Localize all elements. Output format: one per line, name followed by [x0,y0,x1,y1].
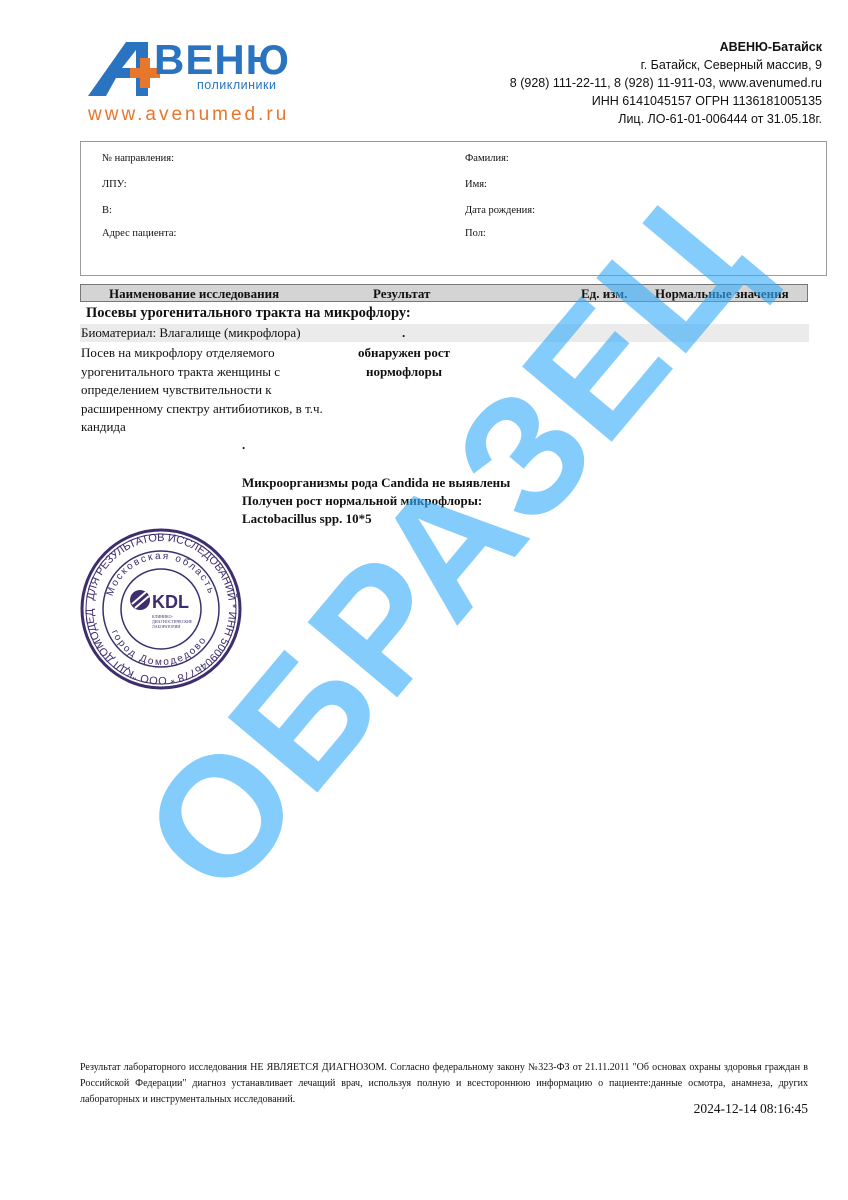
patient-address-label: Адрес пациента: [102,228,176,239]
report-timestamp: 2024-12-14 08:16:45 [694,1101,808,1117]
organization-license: Лиц. ЛО-61-01-006444 от 31.05.18г. [510,110,822,128]
organization-contacts: 8 (928) 111-22-11, 8 (928) 11-911-03, ww… [510,74,822,92]
biomaterial-row: Биоматериал: Влагалище (микрофлора) . [80,324,809,342]
first-name-label: Имя: [465,179,487,190]
organization-info: АВЕНЮ-Батайск г. Батайск, Северный масси… [510,38,822,128]
svg-text:Московская область: Московская область [105,551,217,598]
birth-date-label: Дата рождения: [465,205,535,216]
referral-number-label: № направления: [102,153,174,164]
surname-label: Фамилия: [465,153,509,164]
sex-label: Пол: [465,228,486,239]
logo-url[interactable]: www.avenumed.ru [88,104,289,126]
column-test-name: Наименование исследования [109,286,279,302]
result-comments: Микроорганизмы рода Candida не выявлены … [242,474,510,528]
column-unit: Ед. изм. [581,286,627,302]
svg-text:город Домодедово: город Домодедово [109,628,210,668]
test-name: Посев на микрофлору отделяемого урогенит… [81,344,331,437]
logo-brand: ВЕНЮ [154,38,290,82]
comment-lactobacillus: Lactobacillus spp. 10*5 [242,510,510,528]
stamp-seal-icon: ДЛЯ РЕЗУЛЬТАТОВ ИССЛЕДОВАНИЙ * ИНН 50090… [80,528,242,690]
clinic-logo: ВЕНЮ поликлиники www.avenumed.ru [86,38,306,128]
lpu-label: ЛПУ: [102,179,127,190]
logo-subtitle: поликлиники [197,78,276,92]
lab-stamp: ДЛЯ РЕЗУЛЬТАТОВ ИССЛЕДОВАНИЙ * ИНН 50090… [80,528,242,690]
section-title: Посевы урогенитального тракта на микрофл… [86,305,411,322]
column-normal-values: Нормальные значения [655,286,789,302]
patient-info-box: № направления: ЛПУ: В: Адрес пациента: Ф… [80,141,827,276]
biomaterial-label: Биоматериал: Влагалище (микрофлора) [81,325,301,341]
comment-normal-flora: Получен рост нормальной микрофлоры: [242,492,510,510]
column-result: Результат [373,286,430,302]
v-label: В: [102,205,112,216]
svg-text:KDL: KDL [152,592,189,612]
test-result: обнаружен рост нормофлоры [344,344,464,381]
results-table-header: Наименование исследования Результат Ед. … [80,284,808,302]
comment-candida: Микроорганизмы рода Candida не выявлены [242,474,510,492]
organization-name: АВЕНЮ-Батайск [510,38,822,56]
organization-address: г. Батайск, Северный массив, 9 [510,56,822,74]
biomaterial-value: . [402,325,405,341]
separator-dot: . [242,437,245,453]
svg-text:ЛАБОРАТОРИИ: ЛАБОРАТОРИИ [152,624,180,629]
organization-registration: ИНН 6141045157 ОГРН 1136181005135 [510,92,822,110]
